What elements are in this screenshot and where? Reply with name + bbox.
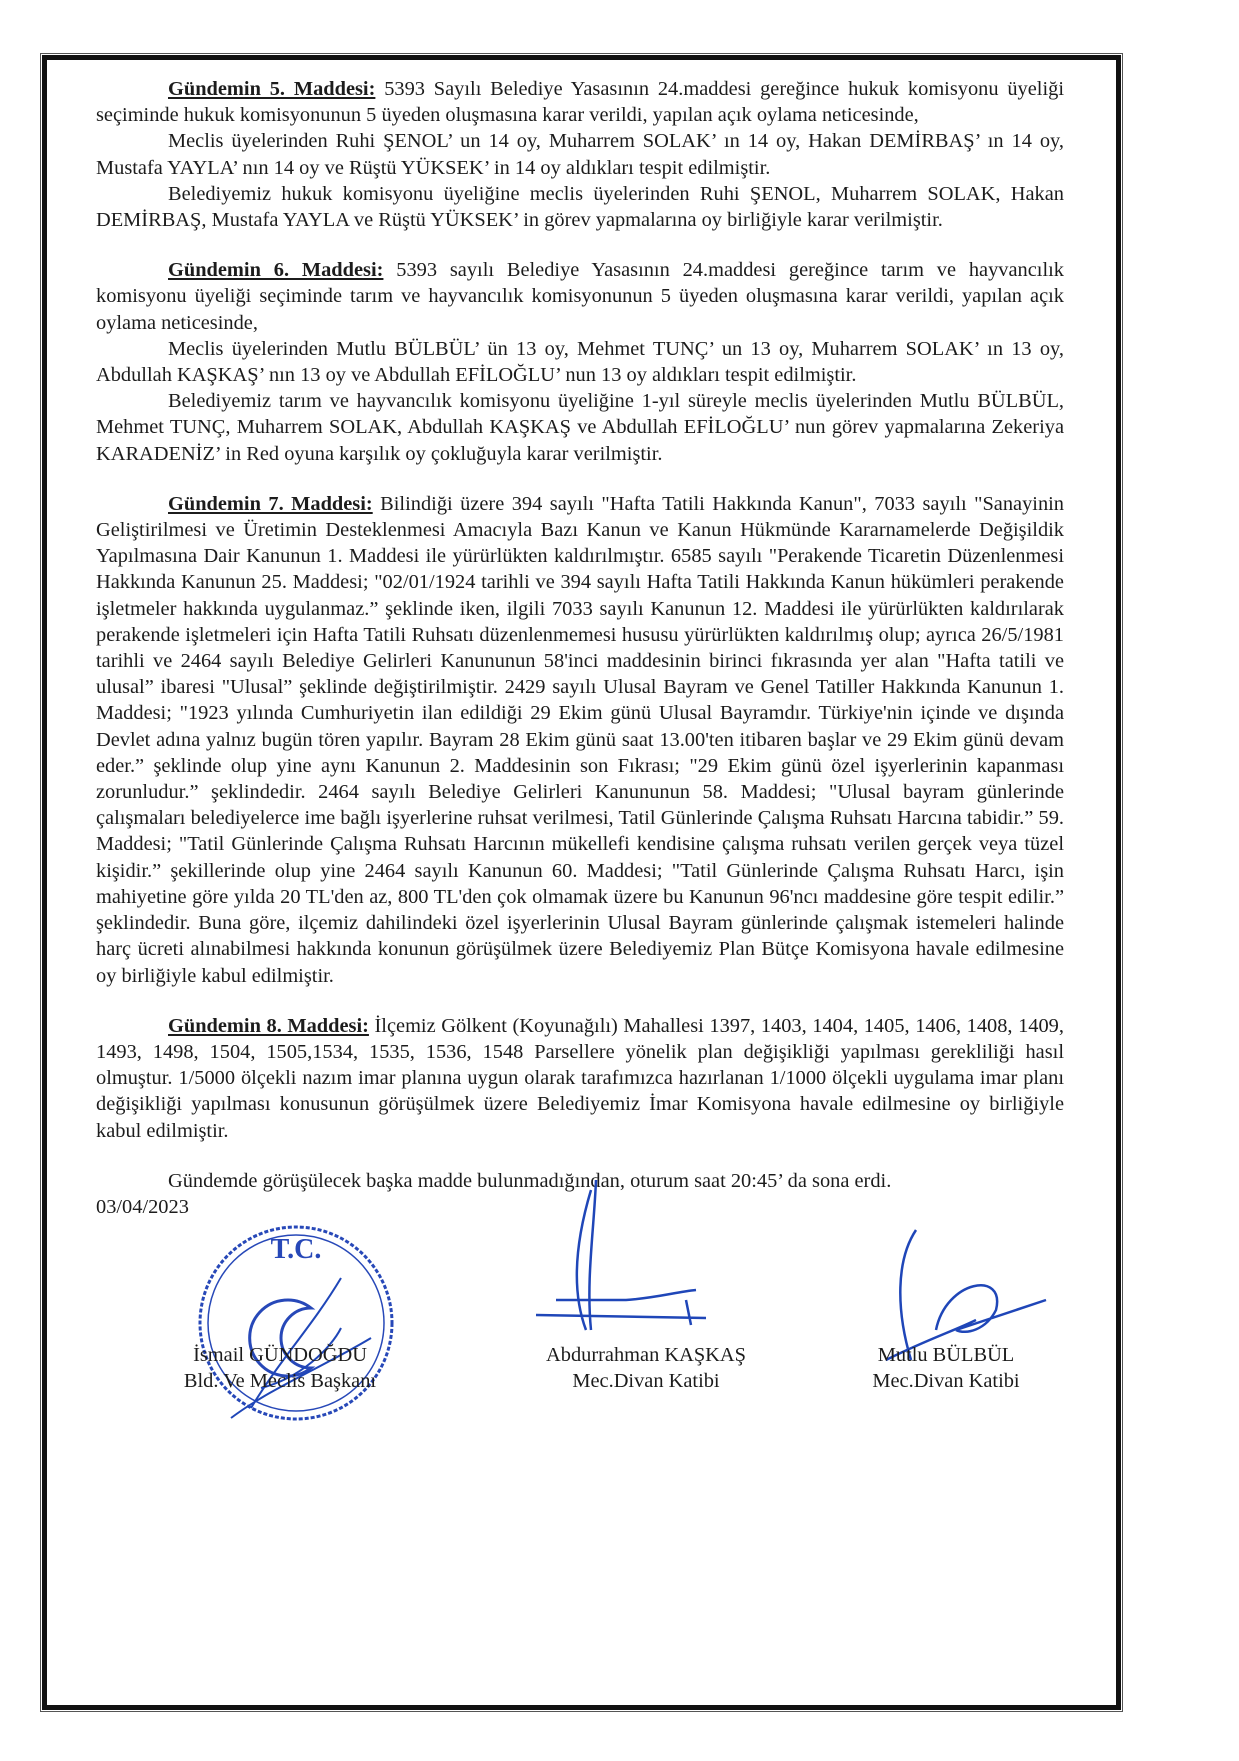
item-7-paragraph-1: Gündemin 7. Maddesi: Bilindiği üzere 394… xyxy=(96,491,1064,989)
signatory-name: İsmail GÜNDOĞDU xyxy=(160,1342,400,1368)
agenda-item-7: Gündemin 7. Maddesi: Bilindiği üzere 394… xyxy=(96,491,1064,989)
meeting-date: 03/04/2023 xyxy=(96,1194,1064,1220)
item-6-paragraph-3: Belediyemiz tarım ve hayvancılık komisyo… xyxy=(96,388,1064,467)
item-6-paragraph-1: Gündemin 6. Maddesi: 5393 sayılı Belediy… xyxy=(96,257,1064,336)
item-5-paragraph-2: Meclis üyelerinden Ruhi ŞENOL’ un 14 oy,… xyxy=(96,128,1064,180)
signatory-mayor: İsmail GÜNDOĞDU Bld. Ve Meclis Başkanı xyxy=(160,1342,400,1394)
item-8-heading: Gündemin 8. Maddesi: xyxy=(168,1015,369,1037)
item-7-heading: Gündemin 7. Maddesi: xyxy=(168,493,373,515)
item-6-paragraph-2: Meclis üyelerinden Mutlu BÜLBÜL’ ün 13 o… xyxy=(96,336,1064,388)
agenda-item-8: Gündemin 8. Maddesi: İlçemiz Gölkent (Ko… xyxy=(96,1013,1064,1144)
item-8-paragraph-1: Gündemin 8. Maddesi: İlçemiz Gölkent (Ko… xyxy=(96,1013,1064,1144)
agenda-item-6: Gündemin 6. Maddesi: 5393 sayılı Belediy… xyxy=(96,257,1064,467)
item-5-paragraph-1: Gündemin 5. Maddesi: 5393 Sayılı Belediy… xyxy=(96,76,1064,128)
signatory-clerk-1: Abdurrahman KAŞKAŞ Mec.Divan Katibi xyxy=(516,1342,776,1394)
signatory-title: Mec.Divan Katibi xyxy=(836,1368,1056,1394)
signatory-name: Abdurrahman KAŞKAŞ xyxy=(516,1342,776,1368)
agenda-item-5: Gündemin 5. Maddesi: 5393 Sayılı Belediy… xyxy=(96,76,1064,233)
document-body: Gündemin 5. Maddesi: 5393 Sayılı Belediy… xyxy=(96,76,1064,1400)
official-seal-icon: T.C. xyxy=(191,1218,401,1428)
signature-block: T.C. İsmail GÜNDOĞDU Bld. Ve Meclis Başk… xyxy=(96,1230,1064,1400)
signatory-title: Mec.Divan Katibi xyxy=(516,1368,776,1394)
item-5-heading: Gündemin 5. Maddesi: xyxy=(168,78,375,100)
signatory-name: Mutlu BÜLBÜL xyxy=(836,1342,1056,1368)
closing-statement: Gündemde görüşülecek başka madde bulunma… xyxy=(96,1168,1064,1194)
item-6-heading: Gündemin 6. Maddesi: xyxy=(168,259,383,281)
signatory-title: Bld. Ve Meclis Başkanı xyxy=(160,1368,400,1394)
item-5-paragraph-3: Belediyemiz hukuk komisyonu üyeliğine me… xyxy=(96,181,1064,233)
signatory-clerk-2: Mutlu BÜLBÜL Mec.Divan Katibi xyxy=(836,1342,1056,1394)
svg-text:T.C.: T.C. xyxy=(271,1234,322,1265)
